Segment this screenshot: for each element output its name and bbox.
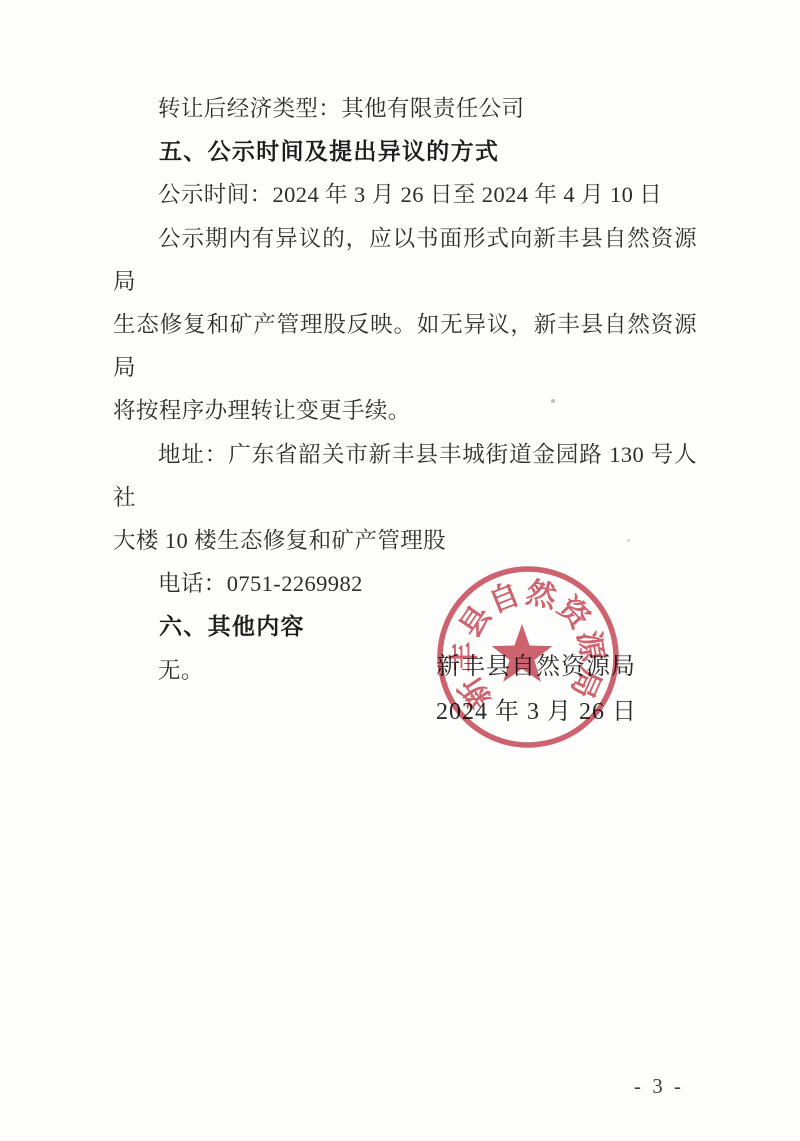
paragraph-objection-line-1: 公示期内有异议的，应以书面形式向新丰县自然资源局: [113, 217, 697, 303]
signature-block: 新丰县自然资源局 2024 年 3 月 26 日: [436, 645, 637, 734]
paragraph-objection-line-3: 将按程序办理转让变更手续。: [113, 389, 697, 432]
document-page: 转让后经济类型：其他有限责任公司 五、公示时间及提出异议的方式 公示时间：202…: [0, 0, 800, 1141]
paragraph-phone: 电话：0751-2269982: [113, 562, 697, 605]
section-heading-six: 六、其他内容: [113, 605, 697, 648]
paragraph-address-line-1: 地址：广东省韶关市新丰县丰城街道金园路 130 号人社: [113, 433, 697, 519]
page-number: - 3 -: [634, 1074, 684, 1099]
scan-speck: [551, 399, 555, 403]
paragraph-notice-period: 公示时间：2024 年 3 月 26 日至 2024 年 4 月 10 日: [113, 173, 697, 216]
signature-date: 2024 年 3 月 26 日: [436, 690, 637, 735]
signature-org: 新丰县自然资源局: [436, 645, 637, 690]
paragraph-address-line-2: 大楼 10 楼生态修复和矿产管理股: [113, 519, 697, 562]
section-heading-five: 五、公示时间及提出异议的方式: [113, 130, 697, 173]
paragraph-economic-type: 转让后经济类型：其他有限责任公司: [113, 87, 697, 130]
scan-speck: [627, 539, 630, 542]
notice-body: 转让后经济类型：其他有限责任公司 五、公示时间及提出异议的方式 公示时间：202…: [113, 87, 697, 692]
paragraph-objection-line-2: 生态修复和矿产管理股反映。如无异议，新丰县自然资源局: [113, 303, 697, 389]
